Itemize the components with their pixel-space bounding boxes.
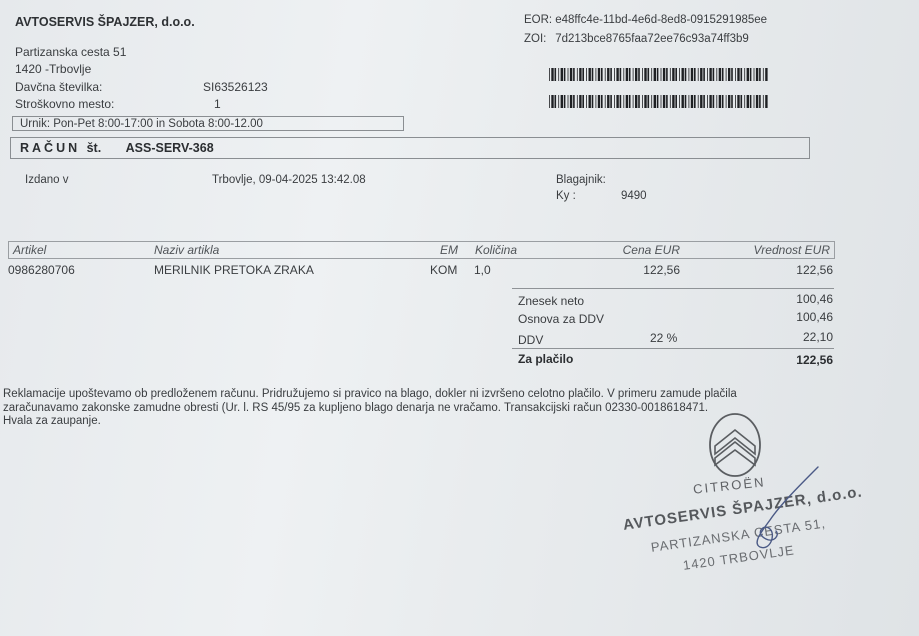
vat-label: DDV [518, 333, 543, 347]
ky-value: 9490 [621, 190, 647, 202]
opening-hours: Urnik: Pon-Pet 8:00-17:00 in Sobota 8:00… [12, 116, 404, 131]
eor-value: e48ffc4e-11bd-4e6d-8ed8-0915291985ee [555, 14, 767, 26]
invoice-title: RAČUN [20, 141, 80, 155]
cashier-label: Blagajnik: [556, 174, 606, 186]
eor-label: EOR: [524, 14, 552, 26]
cell-article: 0986280706 [8, 263, 75, 277]
issued-value: Trbovlje, 09-04-2025 13:42.08 [212, 174, 366, 186]
legal-text: Reklamacije upoštevamo ob predloženem ra… [3, 388, 803, 415]
vat-base-label: Osnova za DDV [518, 312, 604, 326]
net-label: Znesek neto [518, 294, 584, 308]
barcode-2 [549, 95, 769, 108]
eor-line: EOR: e48ffc4e-11bd-4e6d-8ed8-0915291985e… [524, 14, 767, 26]
seller-company-name: AVTOSERVIS ŠPAJZER, d.o.o. [15, 15, 195, 29]
payable-label: Za plačilo [518, 352, 573, 366]
cell-name: MERILNIK PRETOKA ZRAKA [154, 263, 314, 277]
seller-street: Partizanska cesta 51 [15, 45, 126, 59]
column-header-price: Cena EUR [580, 243, 680, 257]
zoi-line: ZOI: 7d213bce8765faa72ee76c93a74ff3b9 [524, 33, 749, 45]
barcode-1 [549, 68, 769, 81]
zoi-label: ZOI: [524, 33, 552, 45]
invoice-title-box: RAČUN št. ASS-SERV-368 [10, 137, 810, 159]
totals-top-divider [512, 288, 834, 289]
cost-center-value: 1 [214, 97, 221, 111]
cost-center-label: Stroškovno mesto: [15, 97, 114, 111]
cell-value: 122,56 [720, 263, 833, 277]
totals-bottom-divider [512, 348, 834, 349]
cell-price: 122,56 [580, 263, 680, 277]
column-header-value: Vrednost EUR [720, 243, 830, 257]
cell-quantity: 1,0 [474, 263, 491, 277]
vat-rate: 22 % [650, 331, 677, 345]
column-header-article: Artikel [13, 243, 46, 257]
column-header-quantity: Količina [475, 243, 517, 257]
invoice-number: ASS-SERV-368 [126, 141, 214, 155]
vat-value: 22,10 [720, 330, 833, 344]
issued-label: Izdano v [25, 174, 68, 186]
seller-city: 1420 -Trbovlje [15, 62, 91, 76]
vat-base-value: 100,46 [720, 310, 833, 324]
invoice-title-suffix: št. [87, 141, 102, 155]
net-value: 100,46 [720, 292, 833, 306]
column-header-unit: EM [440, 243, 458, 257]
tax-number-label: Davčna številka: [15, 80, 102, 94]
column-header-name: Naziv artikla [154, 243, 219, 257]
signature-icon [740, 465, 820, 565]
payable-value: 122,56 [720, 353, 833, 367]
zoi-value: 7d213bce8765faa72ee76c93a74ff3b9 [555, 33, 749, 45]
cell-unit: KOM [430, 263, 457, 277]
table-header-box [8, 241, 835, 259]
ky-label: Ky : [556, 190, 576, 202]
tax-number-value: SI63526123 [203, 80, 268, 94]
